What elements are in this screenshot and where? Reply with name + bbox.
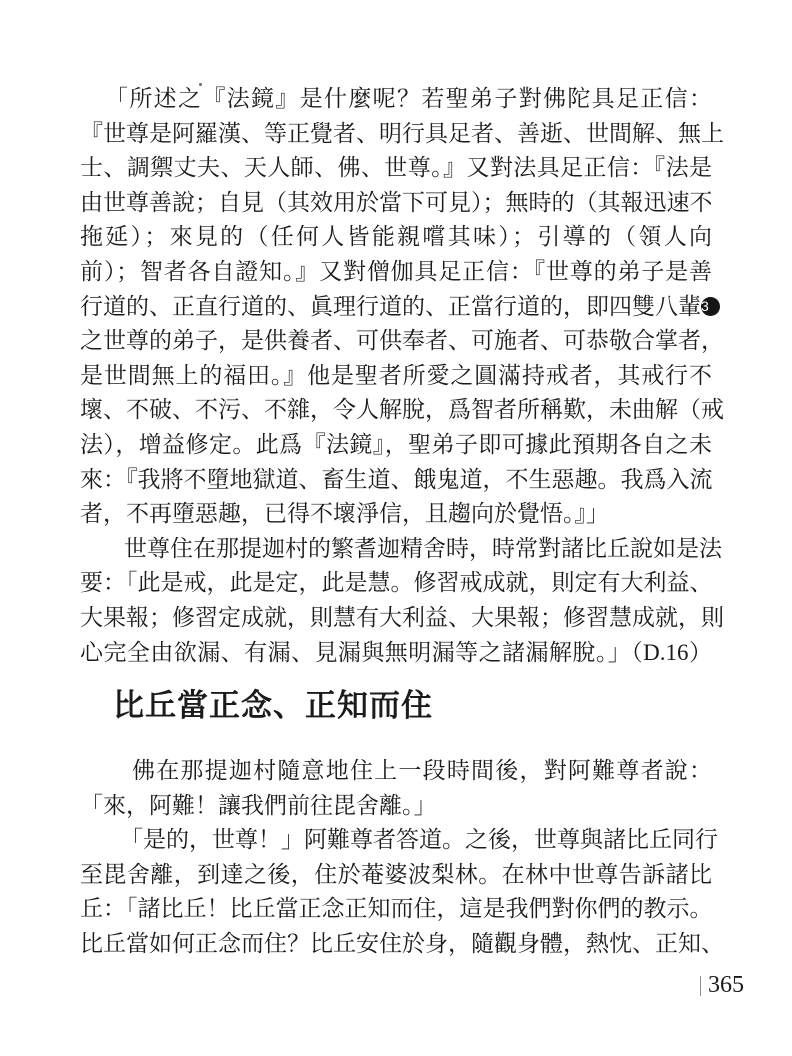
text-line: 拖延）；來見的（任何人皆能親嚐其味）；引導的（領人向 [80, 220, 712, 255]
text-line: 壞、不破、不污、不雜，令人解脫，爲智者所稱歎，未曲解（戒 [80, 393, 712, 428]
text-line: 『世尊是阿羅漢、等正覺者、明行具足者、善逝、世間解、無上 [80, 117, 712, 152]
page-number: 365 [708, 972, 744, 999]
text-line: 大果報；修習定成就，則慧有大利益、大果報；修習慧成就，則 [80, 601, 712, 636]
paragraph-dharma-mirror: 「所述之『法鏡』是什麼呢？若聖弟子對佛陀具足正信： 『世尊是阿羅漢、等正覺者、明… [80, 82, 712, 532]
text-line: 丘：「諸比丘！比丘當正念正知而住，這是我們對你們的教示。 [80, 892, 712, 927]
text-line: 行道的、正直行道的、眞理行道的、正當行道的，即四雙八輩3 [80, 290, 712, 325]
paragraph-depart-for-vesali: 佛在那提迦村隨意地住上一段時間後，對阿難尊者說： 「來，阿難！讓我們前往毘舍離。… [80, 754, 712, 823]
section-heading: 比丘當正念、正知而住 [80, 684, 712, 728]
text-line-content: 行道的、正直行道的、眞理行道的、正當行道的，即四雙八輩 [80, 294, 701, 319]
book-page: 「所述之『法鏡』是什麼呢？若聖弟子對佛陀具足正信： 『世尊是阿羅漢、等正覺者、明… [0, 0, 792, 1056]
footnote-marker: 3 [701, 297, 720, 316]
text-line: 來：『我將不墮地獄道、畜生道、餓鬼道，不生惡趣。我爲入流 [80, 463, 712, 498]
text-line: 者，不再墮惡趣，已得不壞淨信，且趨向於覺悟。』」 [80, 497, 712, 532]
text-line: 之世尊的弟子，是供養者、可供奉者、可施者、可恭敬合掌者， [80, 324, 712, 359]
text-line: 世尊住在那提迦村的繁耆迦精舍時，時常對諸比丘說如是法 [80, 532, 712, 567]
text-line: 至毘舍離，到達之後，住於菴婆波梨林。在林中世尊告訴諸比 [80, 858, 712, 893]
text-line: 要：「此是戒，此是定，此是慧。修習戒成就，則定有大利益、 [80, 566, 712, 601]
text-line: 士、調禦丈夫、天人師、佛、世尊。』又對法具足正信：『法是 [80, 151, 712, 186]
page-number-area: 365 [700, 972, 744, 999]
text-line: 佛在那提迦村隨意地住上一段時間後，對阿難尊者說： [80, 754, 712, 789]
text-block: 「所述之『法鏡』是什麼呢？若聖弟子對佛陀具足正信： 『世尊是阿羅漢、等正覺者、明… [80, 82, 712, 962]
paragraph-mindfulness-teaching: 「是的，世尊！」阿難尊者答道。之後，世尊與諸比丘同行 至毘舍離，到達之後，住於菴… [80, 823, 712, 961]
text-line: 心完全由欲漏、有漏、見漏與無明漏等之諸漏解脫。」（D.16） [80, 636, 712, 671]
paragraph-sila-samadhi-panna: 世尊住在那提迦村的繁耆迦精舍時，時常對諸比丘說如是法 要：「此是戒，此是定，此是… [80, 532, 712, 670]
text-line: 「來，阿難！讓我們前往毘舍離。」 [80, 789, 712, 824]
text-line: 「所述之『法鏡』是什麼呢？若聖弟子對佛陀具足正信： [80, 82, 712, 117]
text-line: 前）；智者各自證知。』又對僧伽具足正信：『世尊的弟子是善 [80, 255, 712, 290]
text-line: 法），增益修定。此爲『法鏡』，聖弟子即可據此預期各自之未 [80, 428, 712, 463]
text-line: 比丘當如何正念而住？比丘安住於身，隨觀身體，熱忱、正知、 [80, 927, 712, 962]
text-line: 由世尊善說；自見（其效用於當下可見）；無時的（其報迅速不 [80, 186, 712, 221]
page-number-divider [700, 976, 701, 996]
text-line: 是世間無上的福田。』他是聖者所愛之圓滿持戒者，其戒行不 [80, 359, 712, 394]
text-line: 「是的，世尊！」阿難尊者答道。之後，世尊與諸比丘同行 [80, 823, 712, 858]
